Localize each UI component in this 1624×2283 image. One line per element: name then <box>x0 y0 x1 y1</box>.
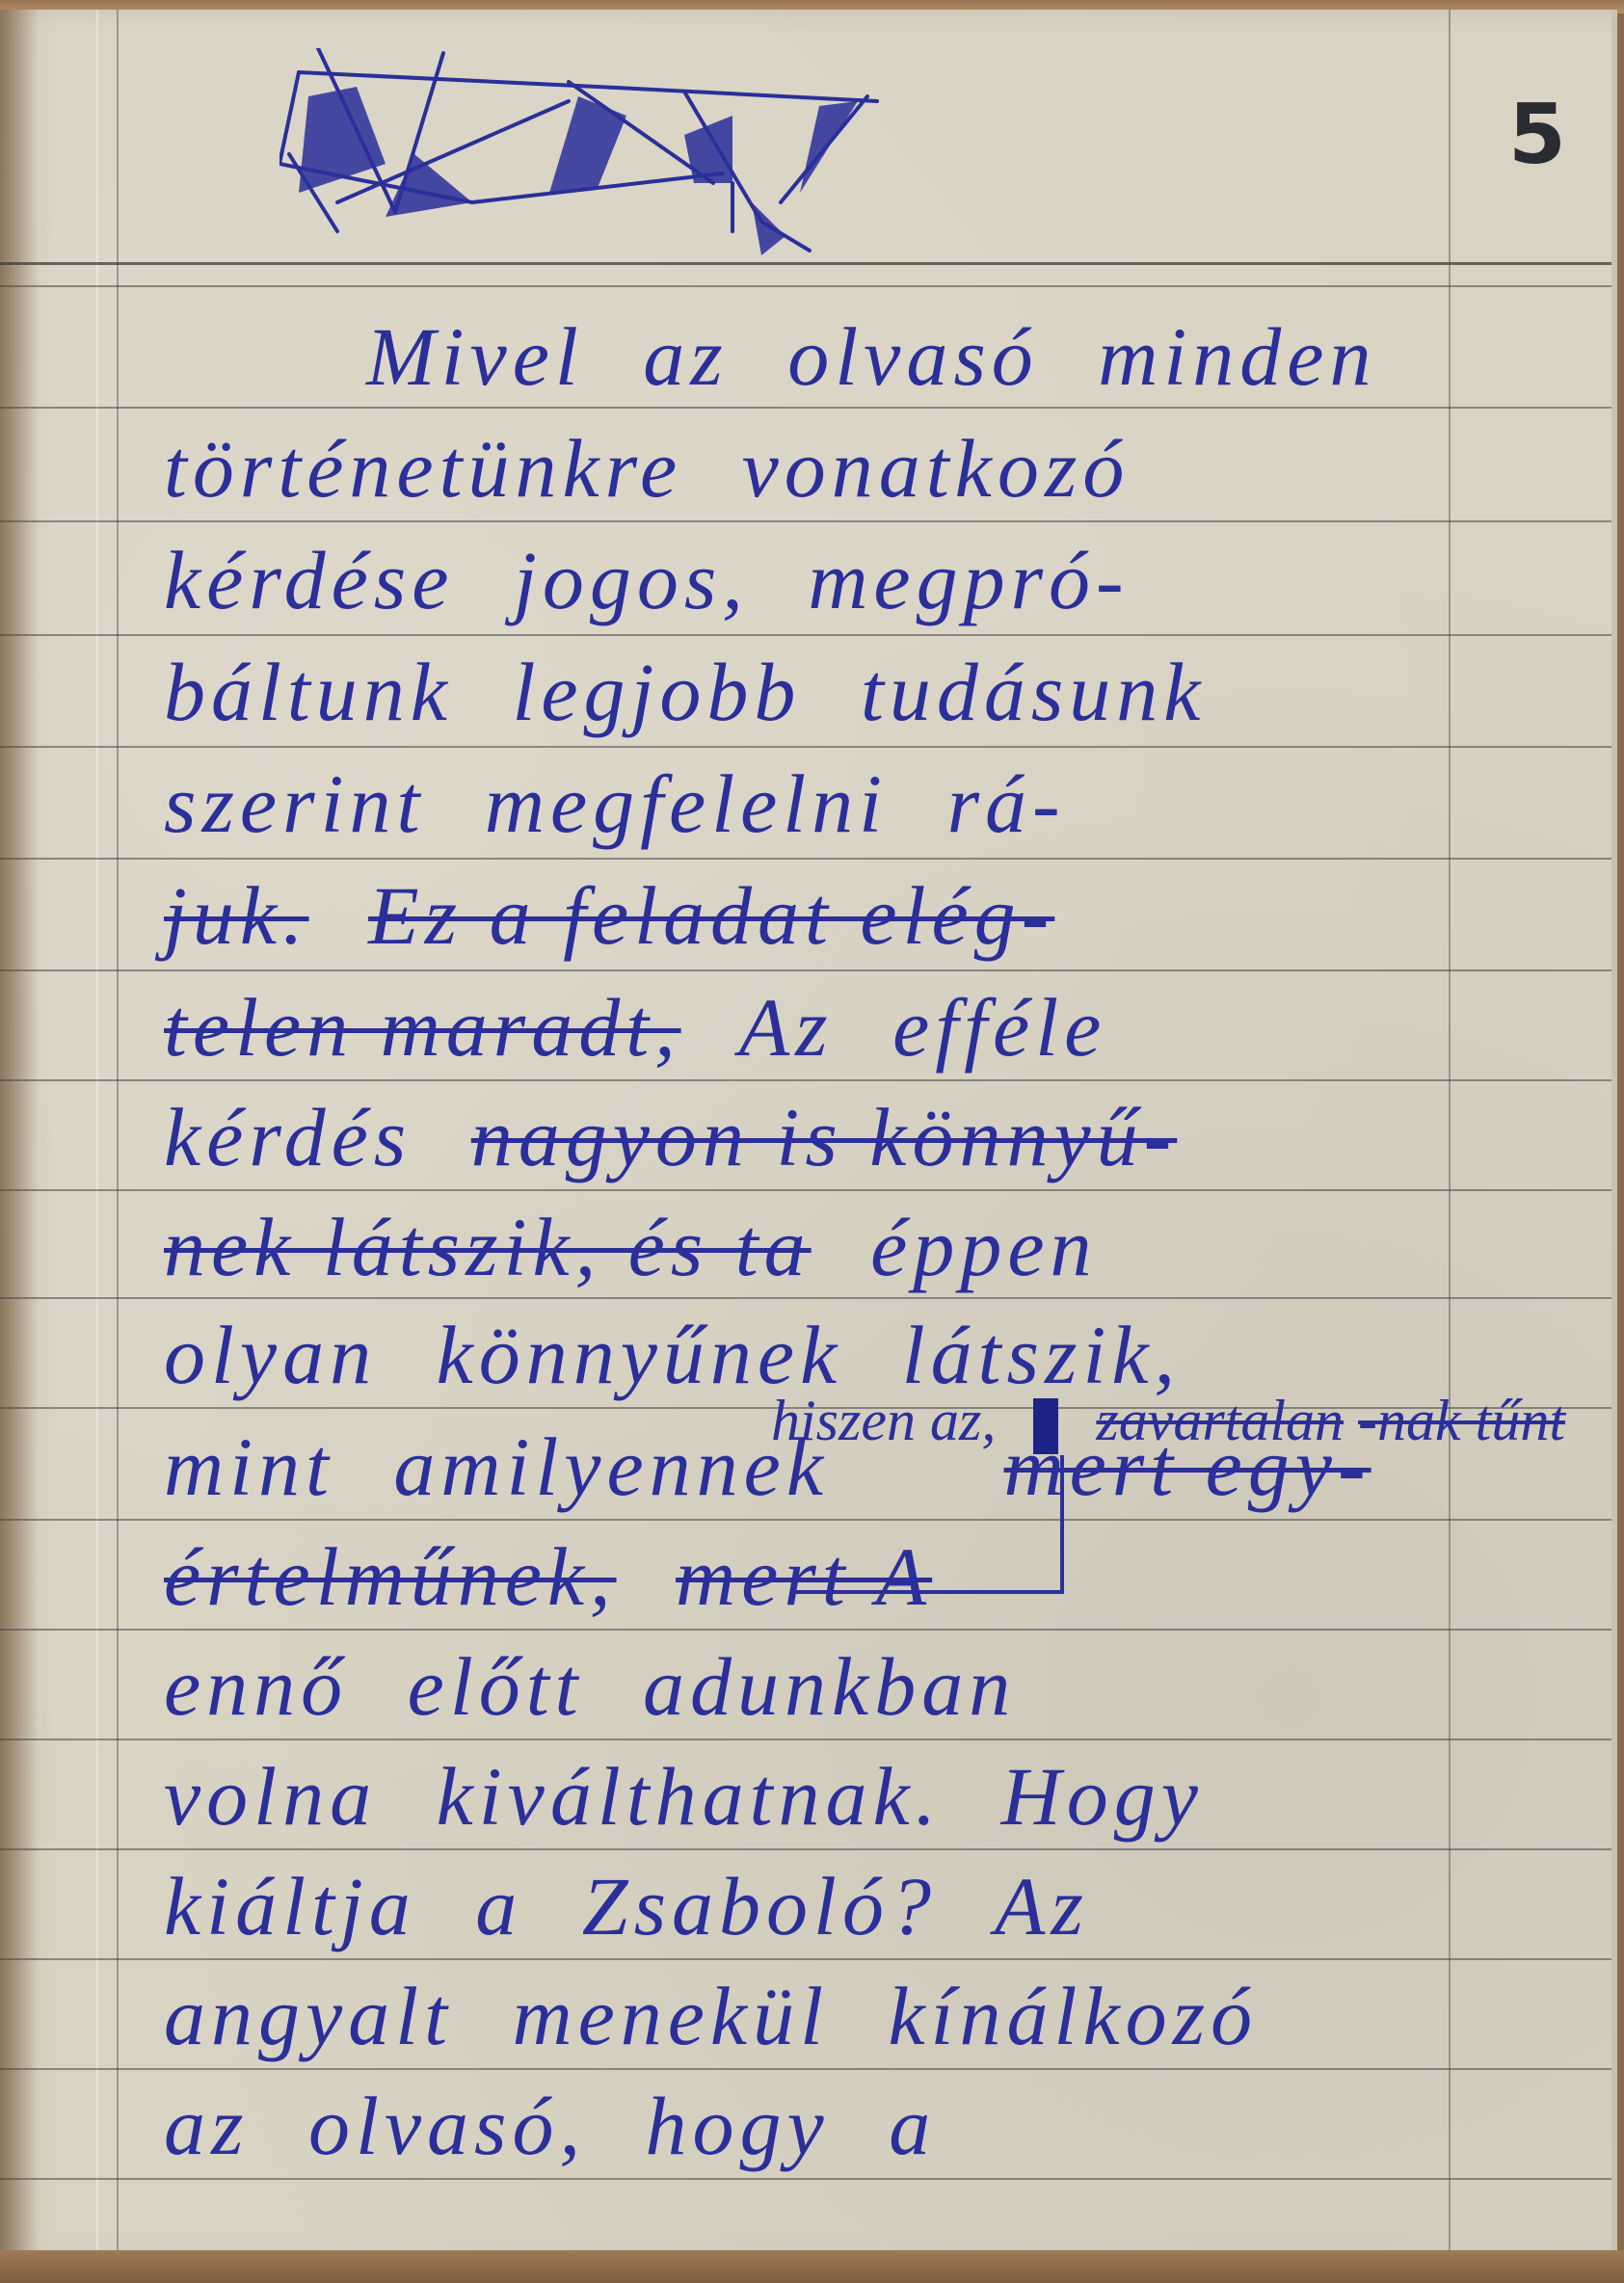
word: Zsaboló? <box>582 1860 937 1952</box>
word: ennő <box>164 1640 348 1733</box>
word: az <box>643 310 728 403</box>
page-binding-shadow <box>0 10 39 2260</box>
word: olvasó, <box>308 2080 586 2172</box>
word: a <box>475 1860 522 1952</box>
ruled-line <box>0 1629 1611 1631</box>
word: kérdés <box>164 1091 412 1183</box>
word: efféle <box>892 981 1106 1074</box>
struck-phrase: értelműnek, <box>164 1530 617 1623</box>
word: előtt <box>408 1640 584 1733</box>
ruled-line <box>0 2068 1611 2070</box>
manuscript-line-6: juk. Ez a feladat elég- <box>164 867 1590 964</box>
notebook-page: 5 Mivel az <box>0 10 1617 2260</box>
word: kiáltja <box>164 1860 416 1952</box>
manuscript-line-2: történetünkre vonatkozó <box>164 420 1590 517</box>
word: éppen <box>870 1201 1097 1293</box>
word: menekül <box>512 1970 829 2062</box>
word: kínálkozó <box>888 1970 1258 2062</box>
ruled-line <box>0 1189 1611 1191</box>
word: mint <box>164 1420 334 1513</box>
ruled-line <box>0 858 1611 860</box>
word: Hogy <box>1001 1750 1204 1843</box>
word: történetünkre <box>164 422 682 515</box>
manuscript-line-15: kiáltja a Zsaboló? Az <box>164 1858 1590 1954</box>
manuscript-line-8: kérdés nagyon is könnyű- <box>164 1089 1590 1185</box>
word: Mivel <box>366 310 584 403</box>
manuscript-line-11: mint amilyennek mert egy- <box>164 1419 1590 1515</box>
wooden-surface-bottom <box>0 2250 1624 2283</box>
ruled-line <box>0 1958 1611 1960</box>
page-fold-line <box>96 10 98 2260</box>
manuscript-line-9: nek látszik, és ta éppen <box>164 1199 1590 1295</box>
word: minden <box>1098 310 1376 403</box>
word: jogos, <box>514 534 749 626</box>
struck-phrase: Ez a feladat elég- <box>368 869 1054 962</box>
word: kérdése <box>164 534 454 626</box>
manuscript-line-4: báltunk legjobb tudásunk <box>164 644 1590 740</box>
struck-phrase: mert egy- <box>1003 1420 1371 1513</box>
manuscript-line-1: Mivel az olvasó minden <box>366 308 1624 405</box>
word: kiválthatnak. <box>437 1750 943 1843</box>
word: az <box>164 2080 249 2172</box>
struck-phrase: nek látszik, és ta <box>164 1201 812 1293</box>
word: megpró- <box>808 534 1129 626</box>
word: olyan <box>164 1309 377 1401</box>
manuscript-line-7: telen maradt, Az efféle <box>164 979 1590 1075</box>
word: báltunk <box>164 646 453 738</box>
ruled-line <box>0 1297 1611 1299</box>
manuscript-line-17: az olvasó, hogy a <box>164 2078 1590 2174</box>
manuscript-line-13: ennő előtt adunkban <box>164 1638 1590 1735</box>
word: amilyennek <box>393 1420 829 1513</box>
word: adunkban <box>643 1640 1016 1733</box>
manuscript-line-3: kérdése jogos, megpró- <box>164 532 1590 628</box>
ruled-line <box>0 746 1611 748</box>
ruled-line <box>0 634 1611 636</box>
ruled-line <box>0 407 1611 409</box>
word: angyalt <box>164 1970 453 2062</box>
struck-word: juk. <box>164 869 309 962</box>
word: tudásunk <box>861 646 1207 738</box>
ruled-line <box>0 520 1611 522</box>
ruled-line <box>0 1739 1611 1740</box>
struck-phrase: nagyon is könnyű- <box>471 1091 1178 1183</box>
page-number: 5 <box>1508 87 1566 183</box>
left-margin-line <box>117 10 119 2260</box>
ruled-line <box>0 969 1611 971</box>
word: Az <box>739 981 834 1074</box>
word: Az <box>995 1860 1089 1952</box>
manuscript-line-14: volna kiválthatnak. Hogy <box>164 1748 1590 1845</box>
word: legjobb <box>512 646 801 738</box>
word: a <box>889 2080 936 2172</box>
word: szerint <box>164 757 425 850</box>
ruled-line <box>0 1848 1611 1850</box>
struck-phrase: mert A <box>676 1530 932 1623</box>
header-rule-secondary <box>0 285 1611 287</box>
word: vonatkozó <box>742 422 1131 515</box>
manuscript-line-5: szerint megfelelni rá- <box>164 756 1590 852</box>
manuscript-line-16: angyalt menekül kínálkozó <box>164 1968 1590 2064</box>
word: volna <box>164 1750 377 1843</box>
ink-sketch-icon <box>280 48 973 279</box>
word: hogy <box>646 2080 830 2172</box>
word: olvasó <box>787 310 1039 403</box>
ruled-line <box>0 2178 1611 2180</box>
word: megfelelni <box>485 757 888 850</box>
struck-phrase: telen maradt, <box>164 981 681 1074</box>
word: rá- <box>947 757 1066 850</box>
manuscript-line-12: értelműnek, mert A <box>164 1528 1590 1625</box>
ruled-line <box>0 1079 1611 1081</box>
